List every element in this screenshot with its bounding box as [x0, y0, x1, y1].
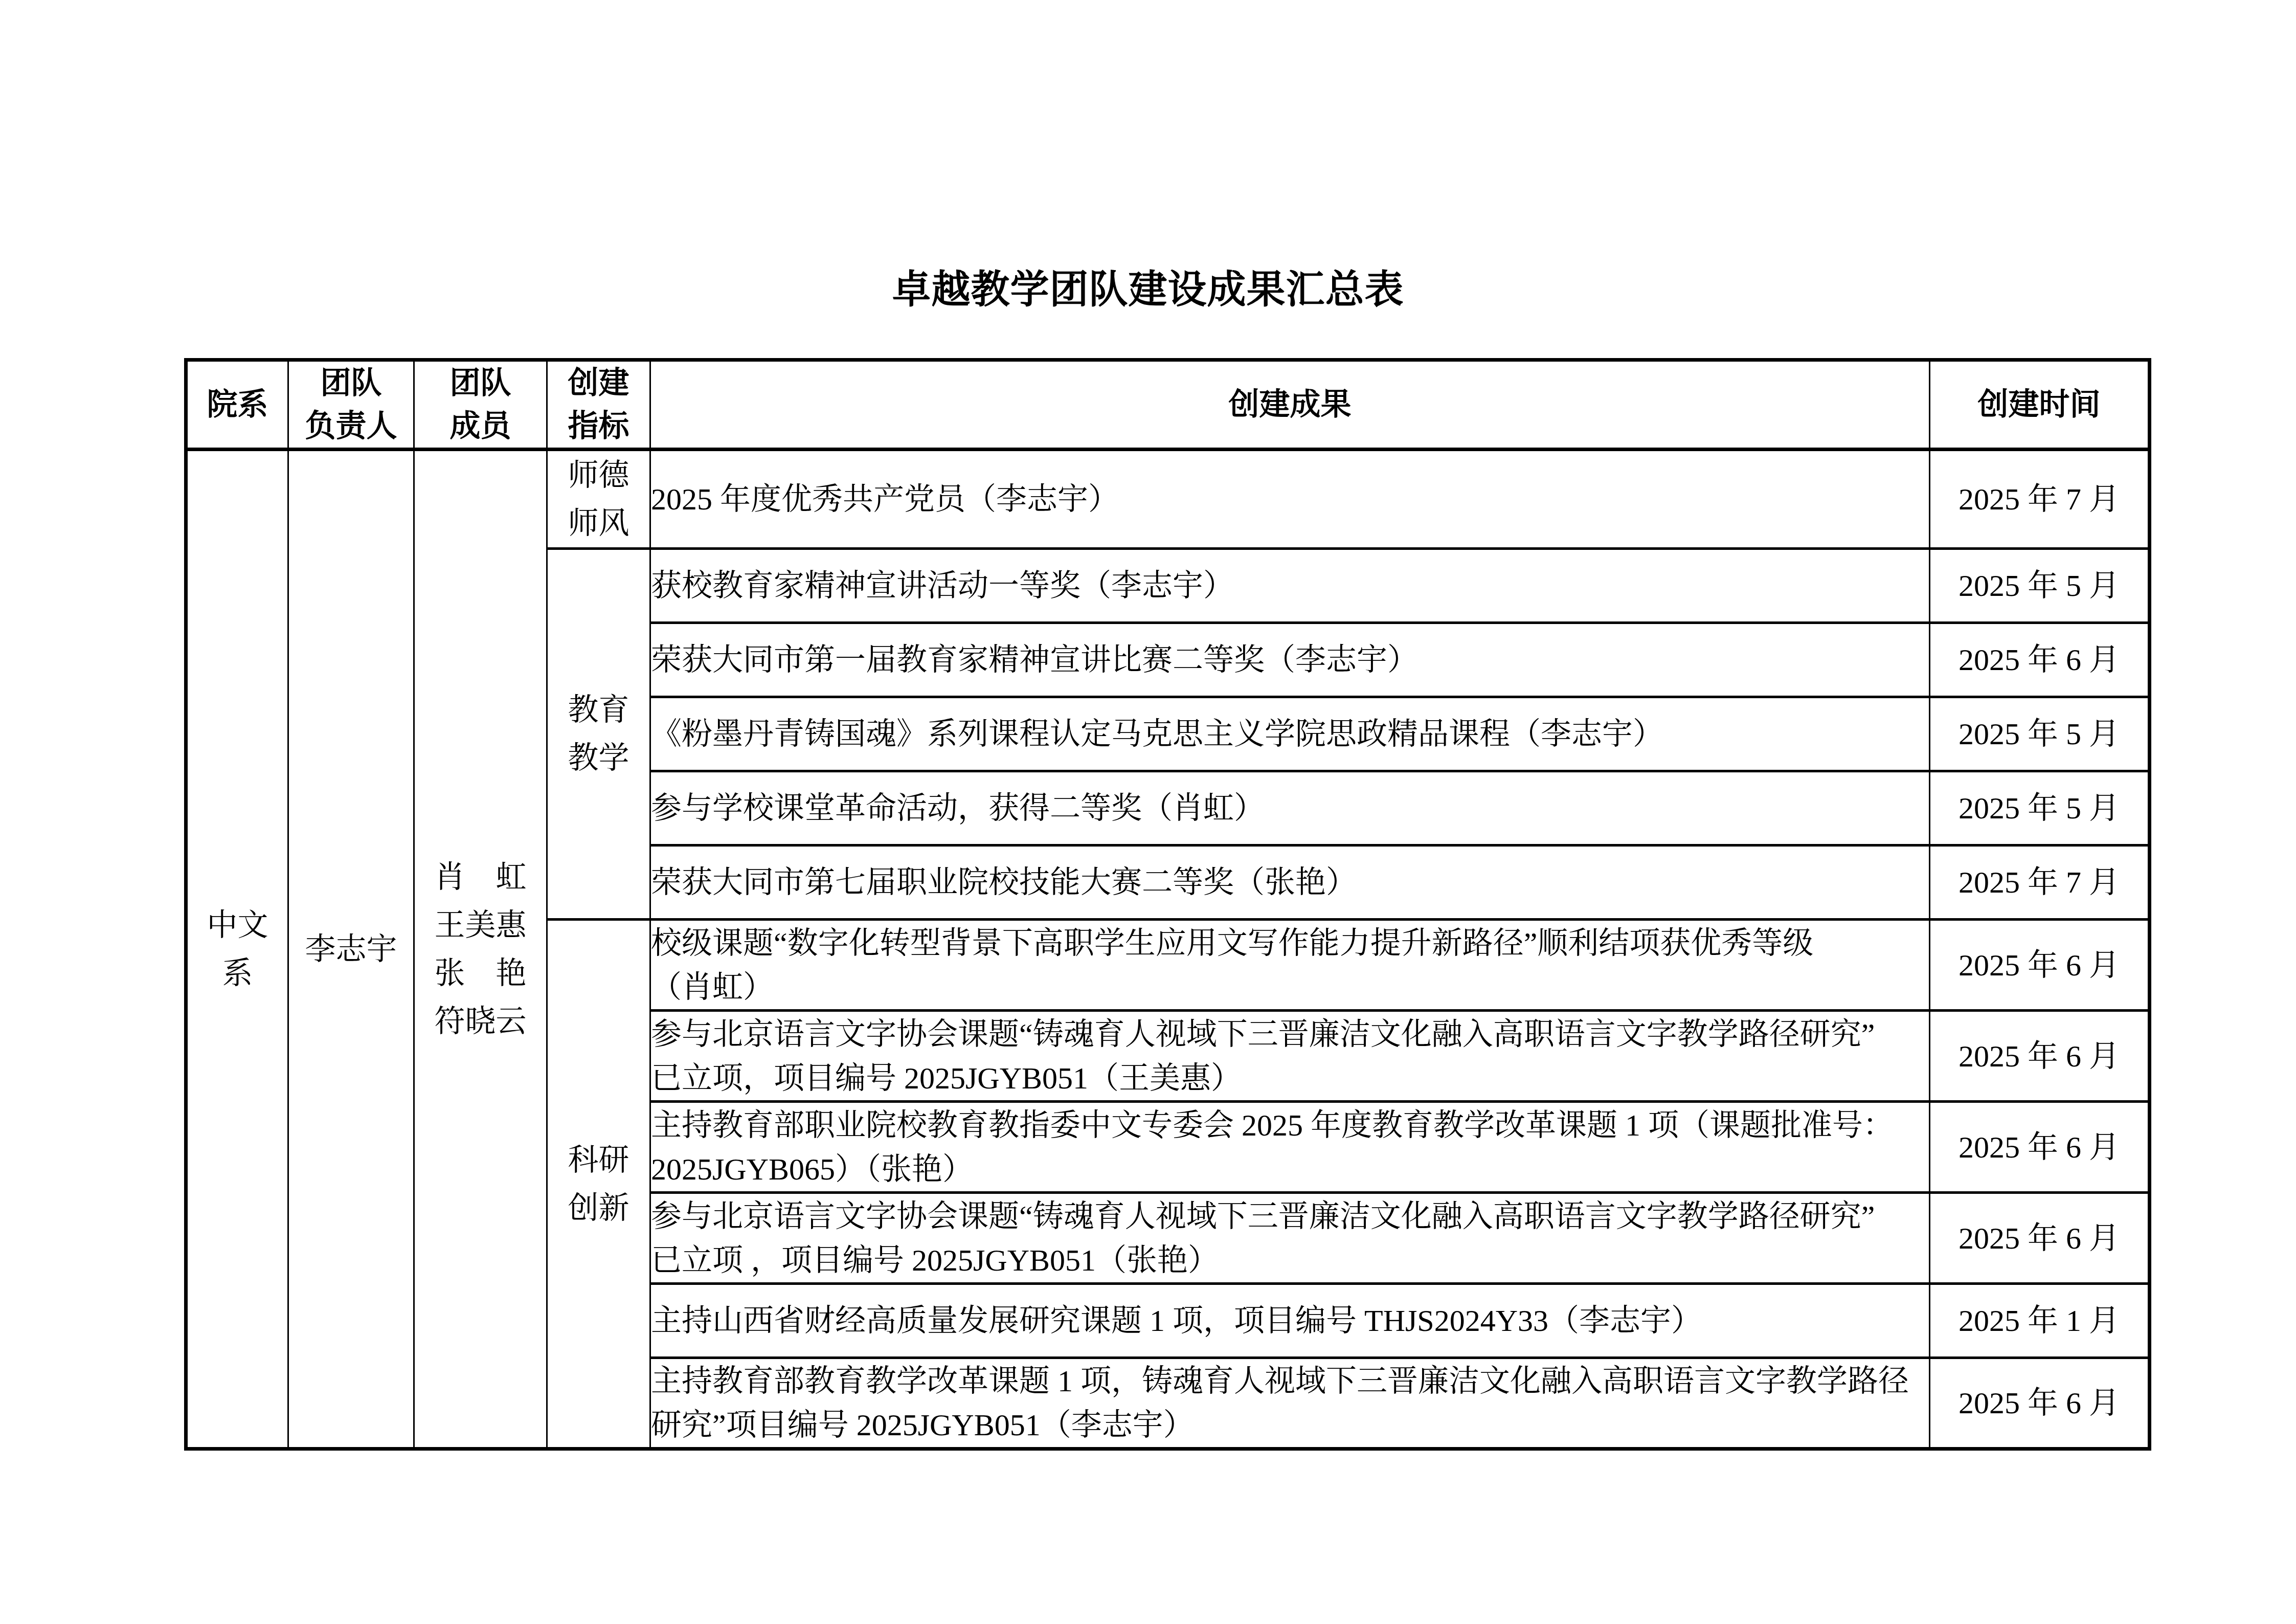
table-body: 中文 系李志宇肖 虹 王美惠 张 艳 符晓云师德 师风2025 年度优秀共产党员… [186, 450, 2150, 1449]
date-cell: 2025 年 7 月 [1930, 450, 2150, 549]
col-header-date: 创建时间 [1930, 360, 2150, 450]
department-cell: 中文 系 [186, 450, 288, 1449]
achievement-cell: 参与学校课堂革命活动，获得二等奖（肖虹） [650, 771, 1930, 846]
achievement-cell: 荣获大同市第七届职业院校技能大赛二等奖（张艳） [650, 846, 1930, 920]
achievement-cell: 校级课题“数字化转型背景下高职学生应用文写作能力提升新路径”顺利结项获优秀等级 … [650, 920, 1930, 1011]
achievements-table: 院系 团队 负责人 团队 成员 创建 指标 创建成果 创建时间 中文 系李志宇肖… [184, 358, 2151, 1451]
col-header-department: 院系 [186, 360, 288, 450]
table-header-row: 院系 团队 负责人 团队 成员 创建 指标 创建成果 创建时间 [186, 360, 2150, 450]
achievement-cell: 主持教育部职业院校教育教指委中文专委会 2025 年度教育教学改革课题 1 项（… [650, 1102, 1930, 1193]
col-header-team-leader: 团队 负责人 [288, 360, 414, 450]
date-cell: 2025 年 6 月 [1930, 920, 2150, 1011]
page-title: 卓越教学团队建设成果汇总表 [0, 258, 2296, 314]
col-header-indicator: 创建 指标 [547, 360, 650, 450]
date-cell: 2025 年 7 月 [1930, 846, 2150, 920]
date-cell: 2025 年 6 月 [1930, 1011, 2150, 1102]
date-cell: 2025 年 5 月 [1930, 771, 2150, 846]
team-leader-cell: 李志宇 [288, 450, 414, 1449]
date-cell: 2025 年 5 月 [1930, 549, 2150, 623]
col-header-team-members: 团队 成员 [414, 360, 547, 450]
indicator-cell: 科研 创新 [547, 920, 650, 1449]
achievement-cell: 荣获大同市第一届教育家精神宣讲比赛二等奖（李志宇） [650, 623, 1930, 697]
date-cell: 2025 年 6 月 [1930, 1358, 2150, 1449]
achievement-cell: 2025 年度优秀共产党员（李志宇） [650, 450, 1930, 549]
date-cell: 2025 年 1 月 [1930, 1284, 2150, 1358]
achievement-cell: 主持山西省财经高质量发展研究课题 1 项，项目编号 THJS2024Y33（李志… [650, 1284, 1930, 1358]
col-header-achievement: 创建成果 [650, 360, 1930, 450]
achievement-cell: 《粉墨丹青铸国魂》系列课程认定马克思主义学院思政精品课程（李志宇） [650, 697, 1930, 771]
date-cell: 2025 年 6 月 [1930, 623, 2150, 697]
team-members-cell: 肖 虹 王美惠 张 艳 符晓云 [414, 450, 547, 1449]
achievement-cell: 参与北京语言文字协会课题“铸魂育人视域下三晋廉洁文化融入高职语言文字教学路径研究… [650, 1193, 1930, 1284]
achievement-cell: 获校教育家精神宣讲活动一等奖（李志宇） [650, 549, 1930, 623]
date-cell: 2025 年 6 月 [1930, 1193, 2150, 1284]
date-cell: 2025 年 5 月 [1930, 697, 2150, 771]
date-cell: 2025 年 6 月 [1930, 1102, 2150, 1193]
achievement-cell: 主持教育部教育教学改革课题 1 项，铸魂育人视域下三晋廉洁文化融入高职语言文字教… [650, 1358, 1930, 1449]
table-row: 中文 系李志宇肖 虹 王美惠 张 艳 符晓云师德 师风2025 年度优秀共产党员… [186, 450, 2150, 549]
document-page: 卓越教学团队建设成果汇总表 院系 团队 负责人 团队 成员 创建 指标 创建成果… [0, 0, 2296, 1624]
achievement-cell: 参与北京语言文字协会课题“铸魂育人视域下三晋廉洁文化融入高职语言文字教学路径研究… [650, 1011, 1930, 1102]
indicator-cell: 教育 教学 [547, 549, 650, 920]
indicator-cell: 师德 师风 [547, 450, 650, 549]
